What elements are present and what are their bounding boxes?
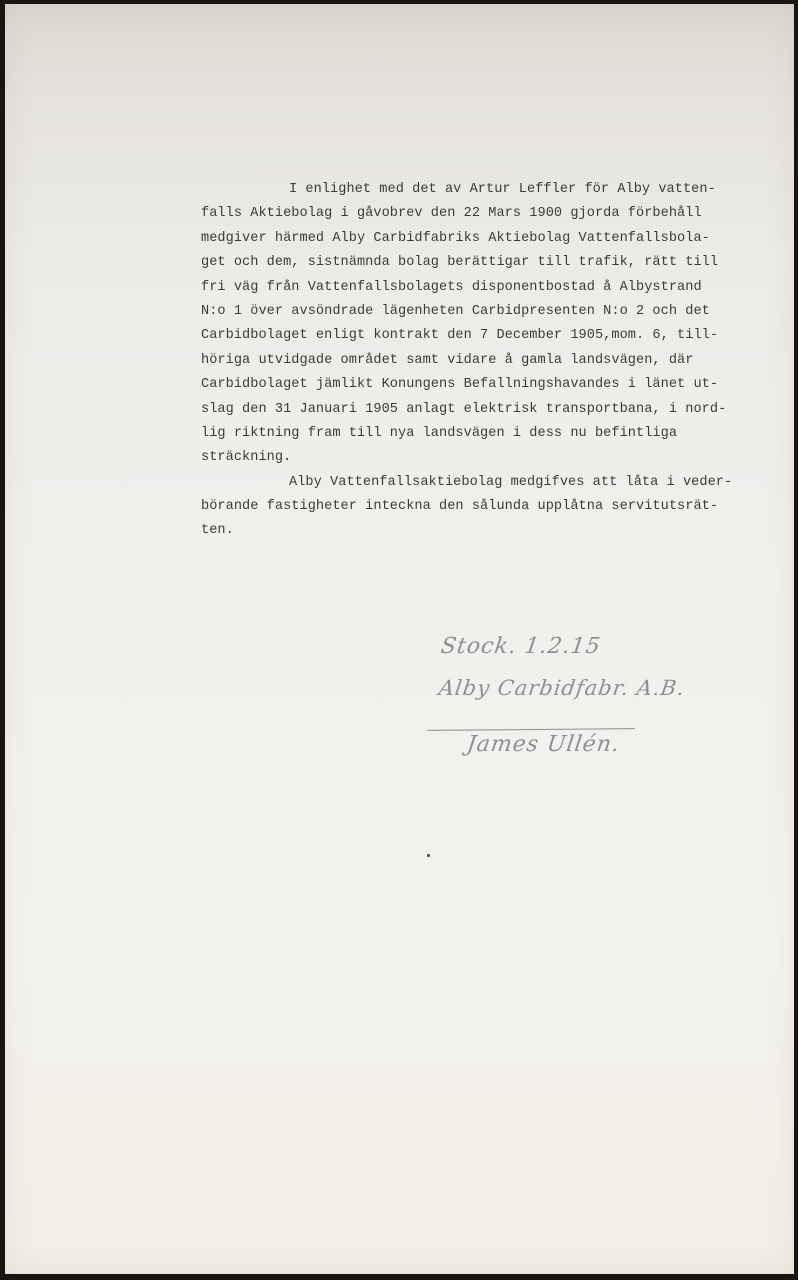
paragraph-2: Alby Vattenfallsaktiebolag medgifves att… [201, 471, 791, 544]
text-line: get och dem, sistnämnda bolag berättigar… [201, 251, 791, 275]
handwritten-place-date: Stock. 1.2.15 [439, 634, 602, 659]
text-line: Carbidbolaget enligt kontrakt den 7 Dece… [201, 324, 791, 348]
document-page: I enlighet med det av Artur Leffler för … [5, 4, 794, 1274]
text-line: N:o 1 över avsöndrade lägenheten Carbidp… [201, 300, 791, 324]
handwritten-company-name: Alby Carbidfabr. A.B. [437, 676, 686, 700]
text-line: Alby Vattenfallsaktiebolag medgifves att… [201, 471, 791, 495]
handwritten-signature: James Ullén. [465, 732, 621, 757]
text-line: slag den 31 Januari 1905 anlagt elektris… [201, 398, 791, 422]
paragraph-1: I enlighet med det av Artur Leffler för … [201, 178, 791, 471]
text-line: börande fastigheter inteckna den sålunda… [201, 495, 791, 519]
text-line: sträckning. [201, 446, 791, 470]
text-line: ten. [201, 519, 791, 543]
signature-line [427, 728, 635, 731]
text-line: medgiver härmed Alby Carbidfabriks Aktie… [201, 227, 791, 251]
text-line: Carbidbolaget jämlikt Konungens Befallni… [201, 373, 791, 397]
text-line: falls Aktiebolag i gåvobrev den 22 Mars … [201, 202, 791, 226]
text-line: fri väg från Vattenfallsbolagets dispone… [201, 276, 791, 300]
text-line: I enlighet med det av Artur Leffler för … [201, 178, 791, 202]
typed-body: I enlighet med det av Artur Leffler för … [201, 178, 791, 544]
text-line: höriga utvidgade området samt vidare å g… [201, 349, 791, 373]
ink-dot-mark [427, 854, 430, 857]
text-line: lig riktning fram till nya landsvägen i … [201, 422, 791, 446]
